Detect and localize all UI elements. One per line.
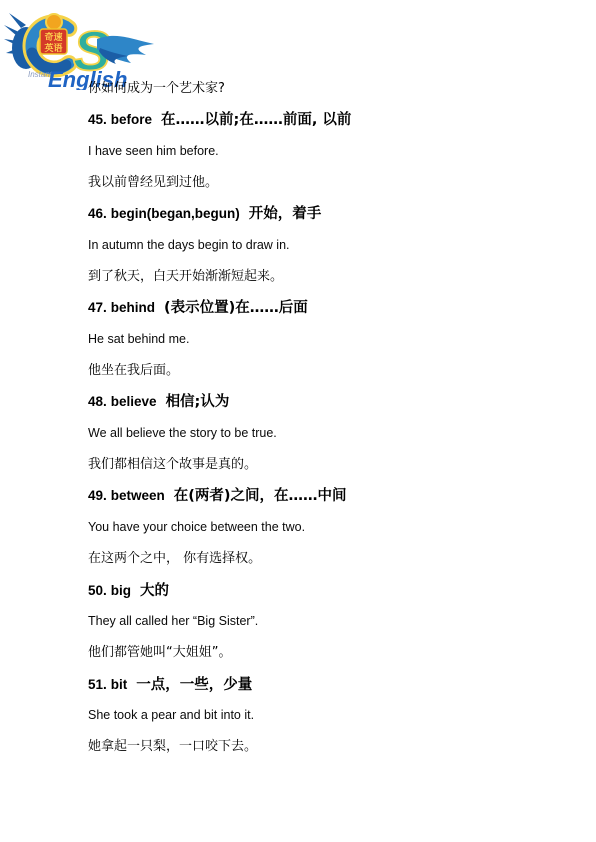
entry-example-en: I have seen him before. <box>88 136 558 167</box>
vocab-entry-48: 48.believe相信;认为 We all believe the story… <box>88 386 558 480</box>
logo-orange-ball-icon <box>46 14 62 30</box>
entry-definition: 在(两者)之间，在……中间 <box>174 488 347 504</box>
entry-example-zh: 我们都相信这个故事是真的。 <box>88 449 558 480</box>
vocabulary-list: 你如何成为一个艺术家? 45.before在……以前;在……前面, 以前 I h… <box>88 73 558 763</box>
entry-heading: 47.behind(表示位置)在……后面 <box>88 292 558 323</box>
entry-definition: 大的 <box>140 583 169 599</box>
logo-brand-badge: 奇速 英语 <box>40 29 67 54</box>
vocab-entry-45: 45.before在……以前;在……前面, 以前 I have seen him… <box>88 104 558 198</box>
entry-word: behind <box>111 300 155 315</box>
entry-example-zh: 他们都管她叫“大姐姐”。 <box>88 637 558 668</box>
entry-word: believe <box>111 394 157 409</box>
entry-number: 48. <box>88 394 107 409</box>
entry-example-en: You have your choice between the two. <box>88 512 558 543</box>
entry-heading: 45.before在……以前;在……前面, 以前 <box>88 104 558 135</box>
entry-example-en: We all believe the story to be true. <box>88 418 558 449</box>
vocab-entry-49: 49.between在(两者)之间，在……中间 You have your ch… <box>88 480 558 574</box>
entry-word: big <box>111 583 131 598</box>
entry-example-zh: 到了秋天，白天开始渐渐短起来。 <box>88 261 558 292</box>
entry-number: 45. <box>88 112 107 127</box>
entry-example-zh: 她拿起一只梨，一口咬下去。 <box>88 731 558 762</box>
entry-heading: 51.bit一点，一些，少量 <box>88 669 558 700</box>
entry-word: begin(began,begun) <box>111 206 240 221</box>
entry-heading: 49.between在(两者)之间，在……中间 <box>88 480 558 511</box>
badge-text-line1: 奇速 <box>44 31 62 42</box>
intro-sentence: 你如何成为一个艺术家? <box>88 73 558 104</box>
entry-definition: 开始，着手 <box>249 206 322 222</box>
badge-text-line2: 英语 <box>44 42 62 53</box>
entry-definition: 在……以前;在……前面, 以前 <box>161 112 351 128</box>
entry-example-zh: 我以前曾经见到过他。 <box>88 167 558 198</box>
entry-heading: 46.begin(began,begun)开始，着手 <box>88 198 558 229</box>
entry-number: 46. <box>88 206 107 221</box>
vocab-entry-47: 47.behind(表示位置)在……后面 He sat behind me. 他… <box>88 292 558 386</box>
vocab-entry-51: 51.bit一点，一些，少量 She took a pear and bit i… <box>88 669 558 763</box>
entry-word: between <box>111 488 165 503</box>
entry-heading: 50.big大的 <box>88 575 558 606</box>
entry-heading: 48.believe相信;认为 <box>88 386 558 417</box>
entry-number: 47. <box>88 300 107 315</box>
entry-number: 49. <box>88 488 107 503</box>
vocab-entry-46: 46.begin(began,begun)开始，着手 In autumn the… <box>88 198 558 292</box>
entry-definition: (表示位置)在……后面 <box>164 300 308 316</box>
document-page: 奇速 英语 S Instant English 你如何成为一个艺术家? 45.b… <box>0 0 596 842</box>
entry-example-en: In autumn the days begin to draw in. <box>88 230 558 261</box>
entry-definition: 相信;认为 <box>166 394 230 410</box>
entry-example-zh: 在这两个之中， 你有选择权。 <box>88 543 558 574</box>
entry-example-zh: 他坐在我后面。 <box>88 355 558 386</box>
entry-word: before <box>111 112 152 127</box>
vocab-entry-50: 50.big大的 They all called her “Big Sister… <box>88 575 558 669</box>
entry-number: 51. <box>88 677 107 692</box>
entry-example-en: They all called her “Big Sister”. <box>88 606 558 637</box>
entry-word: bit <box>111 677 128 692</box>
entry-example-en: He sat behind me. <box>88 324 558 355</box>
entry-number: 50. <box>88 583 107 598</box>
entry-definition: 一点，一些，少量 <box>136 677 252 693</box>
entry-example-en: She took a pear and bit into it. <box>88 700 558 731</box>
